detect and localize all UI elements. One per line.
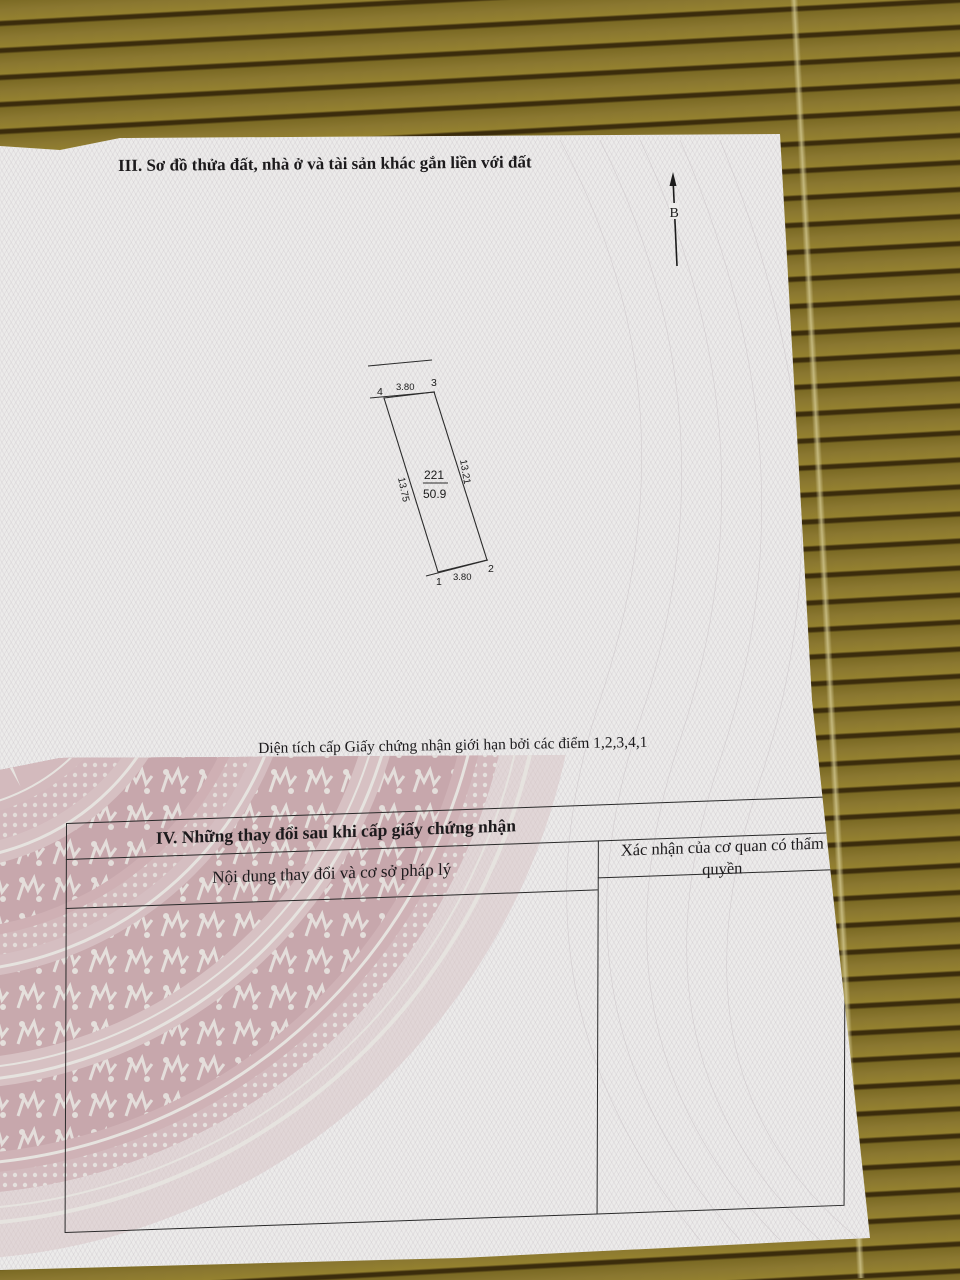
changes-table: IV. Những thay đổi sau khi cấp giấy chứn… [65, 796, 846, 1233]
authority-confirmation-cell [598, 870, 846, 1215]
land-plot-diagram: 4 3.80 3 13.21 13.75 221 50.9 2 3.80 1 [360, 350, 520, 590]
parcel-number: 221 [424, 468, 444, 482]
change-content-cell [65, 890, 598, 1233]
vertex-1-label: 1 [436, 576, 442, 588]
vertex-2-label: 2 [488, 563, 494, 575]
column-header-change-content-label: Nội dung thay đổi và cơ sở pháp lý [66, 854, 598, 893]
section-iii-title: III. Sơ đồ thửa đất, nhà ở và tài sản kh… [118, 152, 532, 176]
north-arrow-label: B [670, 206, 679, 221]
certified-area-note: Diện tích cấp Giấy chứng nhận giới hạn b… [258, 734, 648, 758]
edge-4-3-length: 3.80 [396, 382, 415, 393]
north-arrow-icon: B [660, 170, 690, 270]
edge-3-2-length: 13.21 [457, 459, 472, 486]
edge-4-1-length: 13.75 [395, 476, 411, 503]
vertex-3-label: 3 [431, 377, 437, 389]
edge-1-2-length: 3.80 [453, 572, 472, 583]
parcel-area: 50.9 [423, 487, 447, 501]
vertex-4-label: 4 [377, 386, 383, 398]
